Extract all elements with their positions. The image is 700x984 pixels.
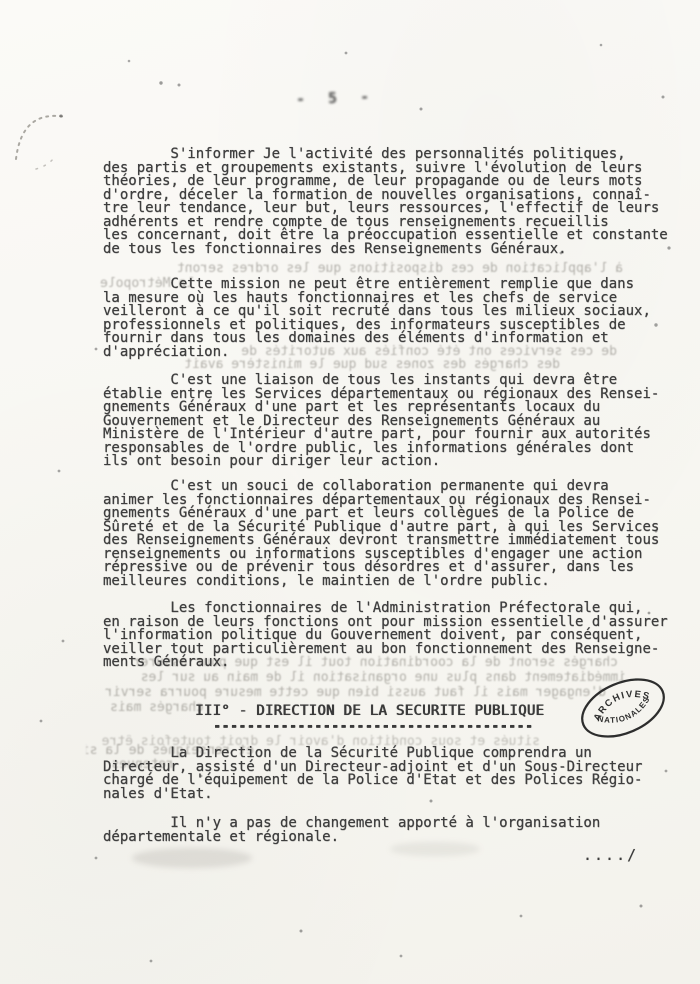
smudge-blob xyxy=(390,842,480,856)
text-line: nales d'Etat. xyxy=(103,788,642,802)
text-line: meilleures conditions, le maintien de l'… xyxy=(103,575,659,589)
text-line: d'appréciation. xyxy=(103,346,651,360)
text-line: ils ont besoin pour diriger leur action. xyxy=(103,455,659,469)
section-heading-title: III° - DIRECTION DE LA SECURITE PUBLIQUE xyxy=(195,705,544,719)
bleedthrough-line: d'engager mais il faut aussi bien que ce… xyxy=(86,686,606,699)
paragraph-organisation-inchangee: Il n'y a pas de changement apporté à l'o… xyxy=(103,817,600,844)
text-line: de tous les fonctionnaires des Renseigne… xyxy=(103,243,668,257)
bleedthrough-line: immédiatement dans plus une organisation… xyxy=(86,671,626,684)
paragraph-recrutement-informateurs: Cette mission ne peut être entièrement r… xyxy=(103,278,651,359)
smudge-blob xyxy=(132,848,252,868)
paragraph-renseignements-mission: S'informer Je l'activité des personnalit… xyxy=(103,148,668,256)
page-number-smudge: - 5 - xyxy=(296,88,377,109)
scanned-document-page: - 5 - à l'application de ces disposition… xyxy=(0,0,700,984)
stamp-ghost-arc xyxy=(6,95,82,185)
bleedthrough-line: à l'application de ces dispositions que … xyxy=(118,262,623,275)
paragraph-liaison-services: C'est une liaison de tous les instants q… xyxy=(103,374,659,469)
section-heading-underline: -------------------------------------- xyxy=(213,720,544,734)
text-line: départementale et régionale. xyxy=(103,831,600,845)
bleedthrough-line: chargés mais xyxy=(86,701,204,714)
paragraph-administration-prefectorale: Les fonctionnaires de l'Administration P… xyxy=(103,602,668,670)
text-line: ments Généraux. xyxy=(103,656,668,670)
continuation-mark: ..../ xyxy=(583,846,638,864)
section-heading: III° - DIRECTION DE LA SECURITE PUBLIQUE… xyxy=(195,705,544,733)
archives-nationales-stamp: ARCHIVES NATIONALES xyxy=(577,676,669,740)
stamp-border xyxy=(577,676,669,740)
paragraph-collaboration: C'est un souci de collaboration permanen… xyxy=(103,480,659,588)
noise-specks xyxy=(0,0,2,2)
paragraph-direction-securite-publique: La Direction de la Sécurité Publique com… xyxy=(103,747,642,801)
